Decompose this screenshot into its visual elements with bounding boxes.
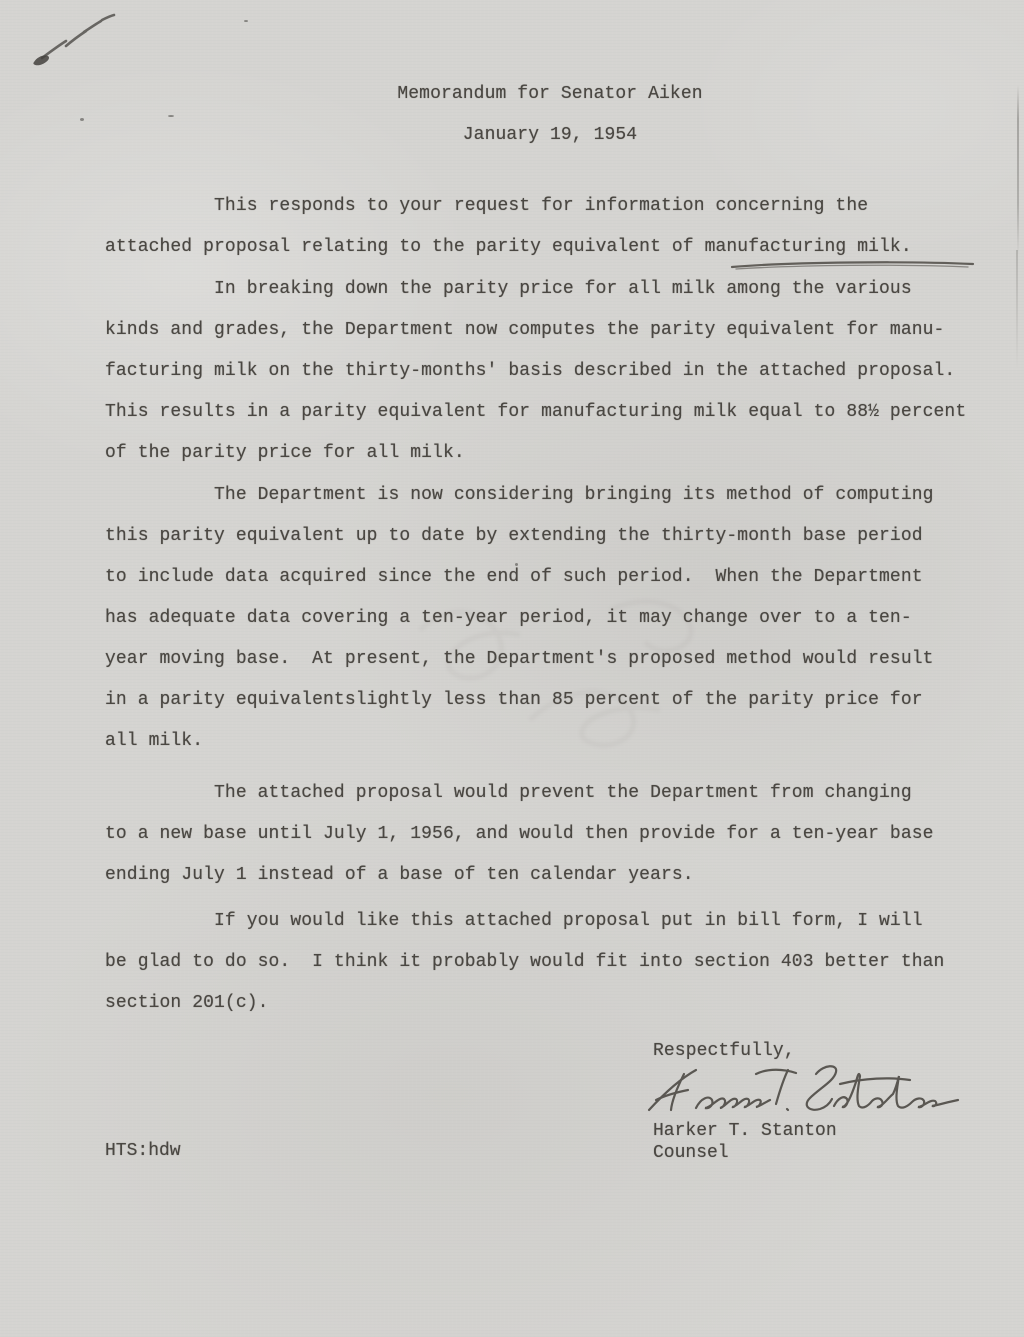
memo-line: facturing milk on the thirty-months' bas… bbox=[105, 351, 985, 392]
memo-title: Memorandum for Senator Aiken bbox=[76, 74, 1024, 115]
paragraph-3: The Department is now considering bringi… bbox=[105, 475, 985, 762]
typist-initials: HTS:hdw bbox=[105, 1140, 181, 1162]
memo-line: The Department is now considering bringi… bbox=[105, 475, 985, 516]
memo-line: be glad to do so. I think it probably wo… bbox=[105, 942, 985, 983]
memo-line: The attached proposal would prevent the … bbox=[105, 773, 985, 814]
memo-line: to a new base until July 1, 1956, and wo… bbox=[105, 814, 985, 855]
paragraph-4: The attached proposal would prevent the … bbox=[105, 773, 985, 896]
memo-line: This responds to your request for inform… bbox=[105, 186, 985, 227]
memo-line: ending July 1 instead of a base of ten c… bbox=[105, 855, 985, 896]
memo-line: If you would like this attached proposal… bbox=[105, 901, 985, 942]
pencil-mark bbox=[26, 10, 136, 72]
memo-line: all milk. bbox=[105, 721, 985, 762]
signature-typed-block: Harker T. Stanton Counsel bbox=[653, 1120, 837, 1164]
memo-line: In breaking down the parity price for al… bbox=[105, 269, 985, 310]
handwritten-signature bbox=[644, 1064, 966, 1118]
typed-signer-name: Harker T. Stanton bbox=[653, 1120, 837, 1142]
memo-line: has adequate data covering a ten-year pe… bbox=[105, 598, 985, 639]
memo-date: January 19, 1954 bbox=[76, 115, 1024, 156]
paragraph-5: If you would like this attached proposal… bbox=[105, 901, 985, 1024]
memo-line: to include data acquired since the end o… bbox=[105, 557, 985, 598]
page-edge-shadow bbox=[1017, 85, 1019, 255]
memo-line: of the parity price for all milk. bbox=[105, 433, 985, 474]
paragraph-1: This responds to your request for inform… bbox=[105, 186, 985, 268]
memo-line: section 201(c). bbox=[105, 983, 985, 1024]
memo-line: in a parity equivalentslightly less than… bbox=[105, 680, 985, 721]
typist-initials-block: HTS:hdw bbox=[105, 1140, 181, 1162]
signer-title: Counsel bbox=[653, 1142, 837, 1164]
paragraph-2: In breaking down the parity price for al… bbox=[105, 269, 985, 474]
page-edge-shadow bbox=[1016, 250, 1018, 370]
memo-line: This results in a parity equivalent for … bbox=[105, 392, 985, 433]
memo-page: Memorandum for Senator Aiken January 19,… bbox=[0, 0, 1024, 1337]
memo-line: kinds and grades, the Department now com… bbox=[105, 310, 985, 351]
memo-line: year moving base. At present, the Depart… bbox=[105, 639, 985, 680]
memo-line: this parity equivalent up to date by ext… bbox=[105, 516, 985, 557]
paper-speck bbox=[244, 20, 248, 22]
